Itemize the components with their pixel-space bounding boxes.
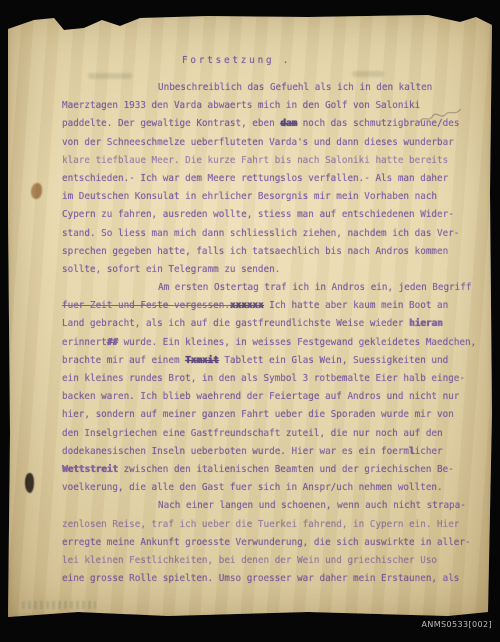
text-line: den Inselgriechen eine Gastfreundschaft … [62, 425, 490, 443]
text-segment: Maerztagen 1933 den Varda abwaerts mich … [62, 100, 420, 111]
text-line: lei kleinen Festlichkeiten, bei denen de… [62, 552, 490, 570]
text-segment: erregte meine Ankunft groesste Verwunder… [62, 537, 471, 548]
text-segment: klare tiefblaue Meer. Die kurze Fahrt bi… [62, 155, 448, 166]
corrected-text-segment: hieran [409, 318, 443, 329]
text-line: Land gebracht, als ich auf die gastfreun… [62, 315, 490, 333]
text-segment: ein kleines rundes Brot, in den als Symb… [62, 373, 465, 384]
text-segment: zenlosen Reise, traf ich ueber die Tuerk… [62, 519, 459, 530]
text-line: zenlosen Reise, traf ich ueber die Tuerk… [62, 516, 490, 534]
corrected-text-segment: xxxxxx [230, 300, 264, 311]
text-line: Unbeschreiblich das Gefuehl als ich in d… [62, 79, 490, 97]
text-line: entschieden.- Ich war dem Meere rettungs… [62, 170, 490, 188]
paper-stain [31, 183, 42, 199]
text-line: fuer Zeit und Feste vergessen.xxxxxx Ich… [62, 297, 490, 315]
text-segment: im Deutschen Konsulat in ehrlicher Besor… [62, 191, 437, 202]
text-segment: Ich hatte aber kaum mein Boot an [264, 300, 449, 311]
photograph-of-document: Fortsetzung . Unbeschreiblich das Gefueh… [0, 0, 500, 642]
document-page: Fortsetzung . Unbeschreiblich das Gefueh… [8, 13, 492, 618]
text-line: backen waren. Ich blieb waehrend der Fei… [62, 388, 490, 406]
text-line: voelkerung, die alle den Gast fuer sich … [62, 479, 490, 497]
text-segment: sprechen gegeben hatte, falls ich tatsae… [62, 246, 448, 257]
text-segment: voelkerung, die alle den Gast fuer sich … [62, 482, 443, 493]
text-line: dodekanesischen Inseln ueberboten wurde.… [62, 443, 490, 461]
text-segment: brachte mir auf einem [62, 355, 185, 366]
text-segment: Am ersten Ostertag traf ich in Andros ei… [158, 282, 471, 293]
text-line: erregte meine Ankunft groesste Verwunder… [62, 534, 490, 552]
faded-smudge [352, 71, 384, 77]
text-line: Nach einer langen und schoenen, wenn auc… [62, 497, 490, 515]
text-segment: dodekanesischen Inseln ueberboten wurde.… [62, 446, 409, 457]
text-segment: erinnert [62, 337, 107, 348]
text-line: von der Schneeschmelze ueberfluteten Var… [62, 134, 490, 152]
text-segment: wurde. Ein kleines, in weisses Festgewan… [118, 337, 476, 348]
faint-green-pencil-mark [22, 601, 96, 609]
document-body: Unbeschreiblich das Gefuehl als ich in d… [62, 79, 490, 588]
text-line: Wettstreit zwischen den italienischen Be… [62, 461, 490, 479]
text-line: eine grosse Rolle spielten. Umso groesse… [62, 570, 490, 588]
corrected-text-segment: dam [280, 118, 297, 129]
text-line: sprechen gegeben hatte, falls ich tatsae… [62, 243, 490, 261]
text-line: ein kleines rundes Brot, in den als Symb… [62, 370, 490, 388]
corrected-text-segment: ## [107, 337, 118, 348]
text-segment: paddelte. Der gewaltige Kontrast, eben [62, 118, 280, 129]
text-segment: Nach einer langen und schoenen, wenn auc… [158, 500, 466, 511]
text-segment: hier, sondern auf meiner ganzen Fahrt ue… [62, 409, 454, 420]
text-segment: Land gebracht, als ich auf die gastfreun… [62, 318, 409, 329]
text-line: brachte mir auf einem Txmxit Tablett ein… [62, 352, 490, 370]
text-line: Am ersten Ostertag traf ich in Andros ei… [62, 279, 490, 297]
text-segment: eine grosse Rolle spielten. Umso groesse… [62, 573, 459, 584]
archive-reference-label: ANMS0533[002] [421, 620, 492, 629]
corrected-text-segment: Wettstreit [62, 464, 118, 475]
text-segment: zwischen den italienischen Beamten und d… [118, 464, 454, 475]
corrected-text-segment: Txmxit [185, 355, 219, 366]
text-segment: lei kleinen Festlichkeiten, bei denen de… [62, 555, 437, 566]
text-line: klare tiefblaue Meer. Die kurze Fahrt bi… [62, 152, 490, 170]
text-line: erinnert## wurde. Ein kleines, in weisse… [62, 334, 490, 352]
text-segment: Unbeschreiblich das Gefuehl als ich in d… [158, 82, 432, 93]
text-line: stand. So liess man mich dann schliessli… [62, 225, 490, 243]
corrected-text-segment: fuer Zeit und Feste vergessen. [62, 300, 230, 311]
ink-blot [25, 473, 34, 493]
text-line: im Deutschen Konsulat in ehrlicher Besor… [62, 188, 490, 206]
text-segment: backen waren. Ich blieb waehrend der Fei… [62, 391, 459, 402]
text-segment: Tablett ein Glas Wein, Suessigkeiten und [219, 355, 449, 366]
text-segment: sollte, sofort ein Telegramm zu senden. [62, 264, 280, 275]
text-segment: den Inselgriechen eine Gastfreundschaft … [62, 428, 443, 439]
text-segment: von der Schneeschmelze ueberfluteten Var… [62, 137, 454, 148]
page-title: Fortsetzung . [182, 55, 291, 66]
text-segment: Cypern zu fahren, ausreden wollte, sties… [62, 209, 454, 220]
text-segment: icher [415, 446, 443, 457]
text-line: sollte, sofort ein Telegramm zu senden. [62, 261, 490, 279]
text-segment: stand. So liess man mich dann schliessli… [62, 228, 459, 239]
faded-smudge [88, 73, 132, 79]
text-line: Cypern zu fahren, ausreden wollte, sties… [62, 206, 490, 224]
text-segment: entschieden.- Ich war dem Meere rettungs… [62, 173, 448, 184]
text-line: hier, sondern auf meiner ganzen Fahrt ue… [62, 406, 490, 424]
